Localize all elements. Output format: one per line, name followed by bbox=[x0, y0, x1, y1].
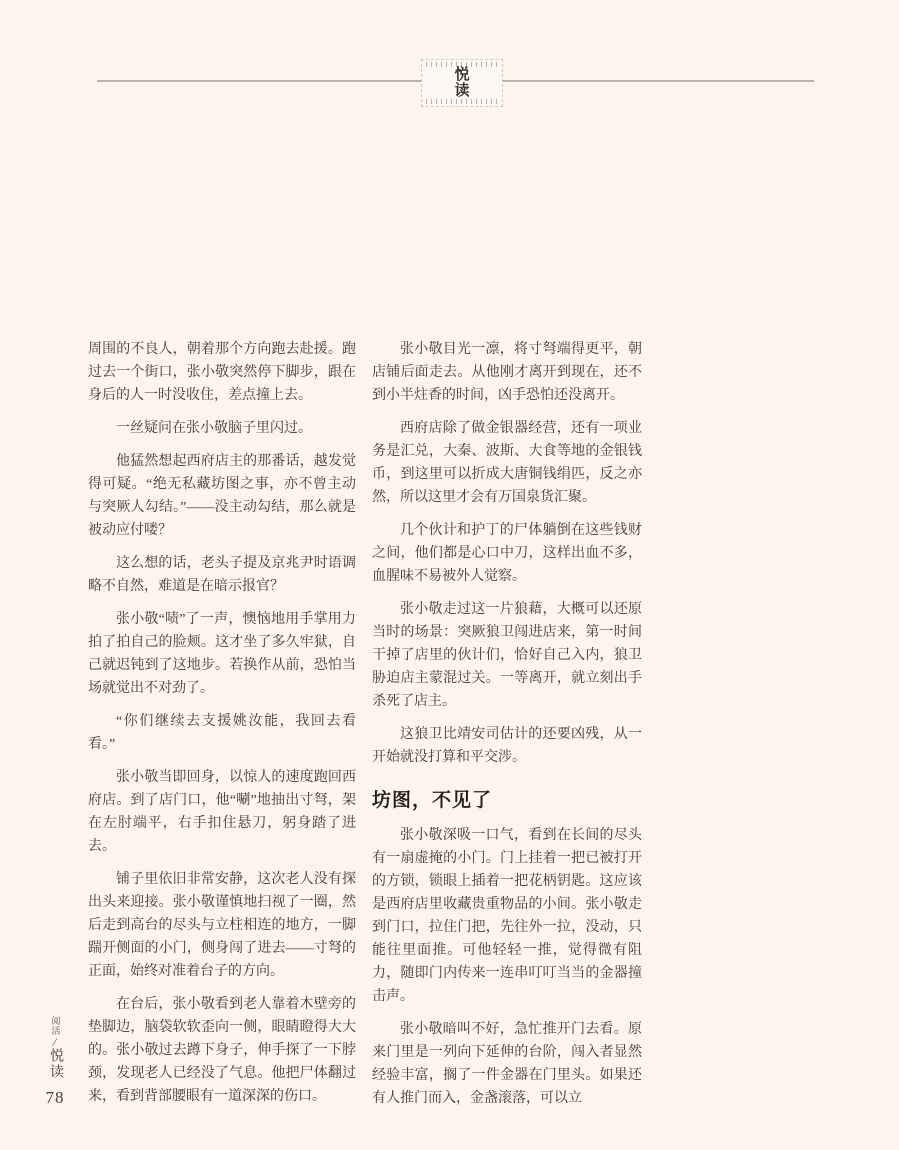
paragraph: 这么想的话，老头子提及京兆尹时语调略不自然，难道是在暗示报官？ bbox=[88, 552, 356, 598]
paragraph: 周围的不良人，朝着那个方向跑去赴援。跑过去一个街口，张小敬突然停下脚步，跟在身后… bbox=[88, 338, 356, 407]
paragraph: 张小敬当即回身，以惊人的速度跑回西府店。到了店门口，他“唰”地抽出寸弩，架在左肘… bbox=[88, 766, 356, 858]
paragraph: 张小敬目光一凛，将寸弩端得更平，朝店铺后面走去。从他刚才离开到现在，还不到小半炷… bbox=[372, 338, 642, 407]
paragraph: 张小敬深吸一口气，看到在长间的尽头有一扇虚掩的小门。门上挂着一把已被打开的方锁，… bbox=[372, 824, 642, 1008]
badge-ticks-bottom bbox=[426, 99, 498, 104]
paragraph: 几个伙计和护丁的尸体躺倒在这些钱财之间，他们都是心口中刀，这样出血不多，血腥味不… bbox=[372, 519, 642, 588]
paragraph: 西府店除了做金银器经营，还有一项业务是汇兑，大秦、波斯、大食等地的金银钱币，到这… bbox=[372, 417, 642, 509]
folio-sidebar: 阅活 / 悦读 78 bbox=[38, 1016, 72, 1108]
section-badge: 悦 读 bbox=[421, 59, 503, 107]
paragraph: 张小敬“啧”了一声，懊恼地用手掌用力拍了拍自己的脸颊。这才坐了多久牢狱，自己就迟… bbox=[88, 608, 356, 700]
paragraph: 张小敬暗叫不好，急忙推开门去看。原来门里是一列向下延伸的台阶，闯入者显然经验丰富… bbox=[372, 1018, 642, 1110]
badge-label: 悦 读 bbox=[422, 67, 502, 99]
separator-slash: / bbox=[52, 1037, 57, 1047]
section-heading: 坊图，不见了 bbox=[372, 785, 642, 812]
scanned-book-page: 悦 读 周围的不良人，朝着那个方向跑去赴援。跑过去一个街口，张小敬突然停下脚步，… bbox=[0, 0, 899, 1150]
text-column-left: 周围的不良人，朝着那个方向跑去赴援。跑过去一个街口，张小敬突然停下脚步，跟在身后… bbox=[88, 338, 356, 1118]
text-column-right: 张小敬目光一凛，将寸弩端得更平，朝店铺后面走去。从他刚才离开到现在，还不到小半炷… bbox=[372, 338, 642, 1120]
paragraph: 这狼卫比靖安司估计的还要凶残，从一开始就没打算和平交涉。 bbox=[372, 723, 642, 769]
magazine-name-small: 阅活 bbox=[50, 1016, 61, 1036]
paragraph: 在台后，张小敬看到老人靠着木壁旁的垫脚边，脑袋软软歪向一侧，眼睛瞪得大大的。张小… bbox=[88, 993, 356, 1108]
paragraph: 张小敬走过这一片狼藉，大概可以还原当时的场景：突厥狼卫闯进店来，第一时间干掉了店… bbox=[372, 598, 642, 713]
paragraph: 铺子里依旧非常安静，这次老人没有探出头来迎接。张小敬谨慎地扫视了一圈，然后走到高… bbox=[88, 868, 356, 983]
paragraph: 他猛然想起西府店主的那番话，越发觉得可疑。“绝无私藏坊图之事，亦不曾主动与突厥人… bbox=[88, 450, 356, 542]
paragraph: 一丝疑问在张小敬脑子里闪过。 bbox=[88, 417, 356, 440]
magazine-name-large: 悦读 bbox=[47, 1048, 63, 1080]
page-number: 78 bbox=[46, 1088, 65, 1108]
paragraph: “你们继续去支援姚汝能，我回去看看。” bbox=[88, 710, 356, 756]
